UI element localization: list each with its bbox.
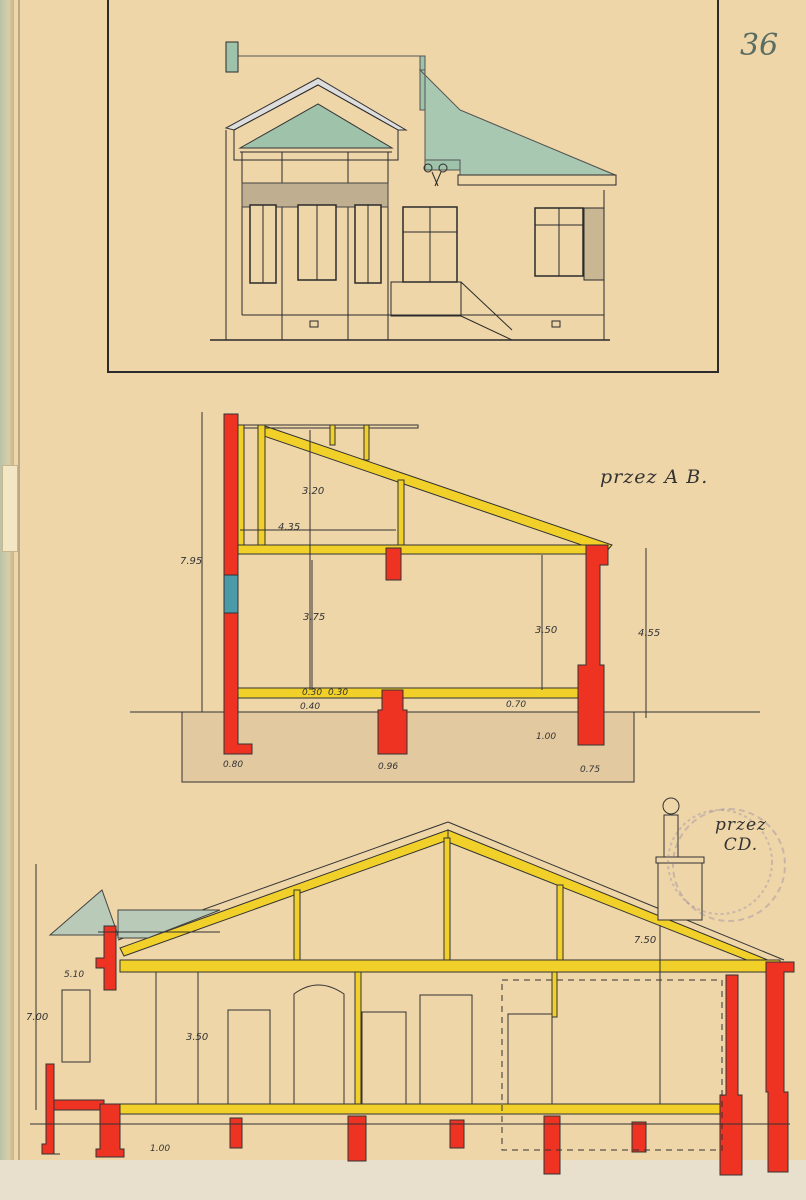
dim-cd-foundation-depth: 1.00 [150,1144,170,1154]
dim-foundation-depth: 1.00 [536,732,556,742]
dim-ground-floor-right: 3.50 [535,625,557,636]
front-elevation [108,0,718,372]
dim-wall-left: 0.80 [223,760,243,770]
dim-total-height: 7.95 [180,556,202,567]
drawing-canvas [0,0,806,1200]
dim-wall-mid: 0.96 [378,762,398,772]
dim-attic-height: 3.20 [302,486,324,497]
dim-attic-width: 4.35 [278,522,300,533]
dim-cd-room-height: 3.50 [186,1032,208,1043]
dim-sill: 0.40 [300,702,320,712]
dim-overall-right: 4.55 [638,628,660,639]
dim-wall-right: 0.75 [580,765,600,775]
dim-cd-porch-height: 5.10 [64,970,84,980]
dim-ground-floor-left: 3.75 [303,612,325,623]
dim-floor-a: 0.30 [302,688,322,698]
dim-plinth: 0.70 [506,700,526,710]
dim-floor-b: 0.30 [328,688,348,698]
archive-stamp [672,808,786,922]
dim-cd-total-height: 7.00 [26,1012,48,1023]
dim-cd-ridge-height: 7.50 [634,935,656,946]
section-ab-label: przez A B. [600,466,708,488]
